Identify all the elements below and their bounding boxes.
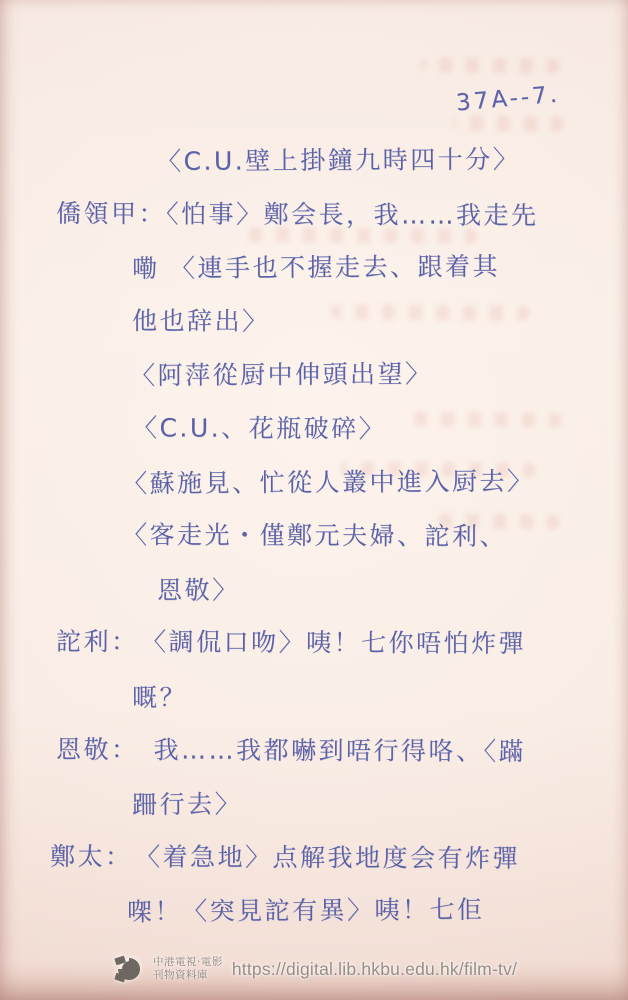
script-line: 〈C.U.壁上掛鐘九時四十分〉 bbox=[0, 130, 614, 187]
script-line: 他也辞出〉 bbox=[0, 291, 614, 347]
bleed-through-mark bbox=[420, 57, 560, 73]
script-line: 㗎！〈突見詑有異〉咦！七佢 bbox=[0, 880, 614, 937]
handwritten-script: 〈C.U.壁上掛鐘九時四十分〉 僑領甲：〈怕事〉鄭会長，我……我走先 嘞 〈連手… bbox=[0, 132, 614, 936]
archive-name-line1: 中港電視·電影 bbox=[153, 956, 223, 969]
library-watermark: 中港電視·電影 刊物資料庫 https://digital.lib.hkbu.e… bbox=[114, 954, 517, 984]
manuscript-page: 37A--7. 〈C.U.壁上掛鐘九時四十分〉 僑領甲：〈怕事〉鄭会長，我……我… bbox=[0, 0, 628, 1000]
script-line: 詑利： 〈調侃口吻〉咦！七你唔怕炸彈 bbox=[0, 613, 614, 669]
script-line: 跚行去〉 bbox=[0, 773, 614, 830]
archive-url: https://digital.lib.hkbu.edu.hk/film-tv/ bbox=[232, 959, 517, 980]
script-line: 恩敬： 我……我都嚇到唔行得咯、〈蹣 bbox=[0, 720, 614, 776]
script-line: 〈阿萍從厨中伸頭出望〉 bbox=[0, 345, 614, 402]
page-number: 37A--7. bbox=[455, 82, 561, 117]
bleed-through-mark bbox=[452, 116, 564, 132]
script-line: 〈客走光・僅鄭元夫婦、詑利、 bbox=[0, 506, 614, 562]
script-line: 〈蘇施見、忙從人叢中進入厨去〉 bbox=[0, 452, 614, 509]
archive-name-line2: 刊物資料庫 bbox=[153, 969, 223, 982]
script-line: 僑領甲：〈怕事〉鄭会長，我……我走先 bbox=[0, 184, 614, 240]
script-line: 嘅？ bbox=[0, 666, 614, 723]
script-line: 〈C.U.、花瓶破碎〉 bbox=[0, 399, 614, 455]
script-line: 恩敬〉 bbox=[0, 559, 614, 616]
script-line: 鄭太： 〈着急地〉点解我地度会有炸彈 bbox=[0, 827, 614, 883]
archive-name: 中港電視·電影 刊物資料庫 bbox=[153, 956, 223, 982]
film-studio-light-icon bbox=[114, 954, 144, 984]
script-line: 嘞 〈連手也不握走去、跟着其 bbox=[0, 237, 614, 294]
